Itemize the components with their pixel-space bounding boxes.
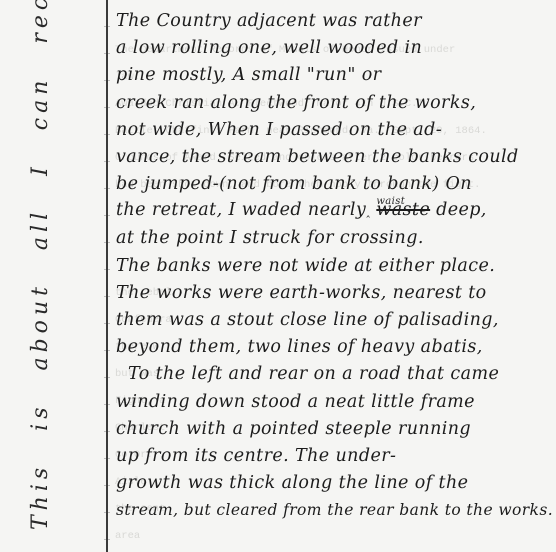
text-line: up from its centre. The under- <box>116 444 552 471</box>
manuscript-body: The Country adjacent was rather a low ro… <box>116 0 552 526</box>
text-line: The Country adjacent was rather <box>116 9 552 36</box>
line-text: creek ran along the front of the works, <box>116 90 476 117</box>
line-text-before: the retreat, I waded nearly <box>116 200 366 220</box>
text-line: beyond them, two lines of heavy abatis, <box>116 335 552 362</box>
text-line: The works were earth-works, nearest to <box>116 281 552 308</box>
line-text: stream, but cleared from the rear bank t… <box>116 497 553 524</box>
text-line: not wide, When I passed on the ad- <box>116 118 552 145</box>
line-text: church with a pointed steeple running <box>116 416 471 443</box>
text-line: be jumped-(not from bank to bank) On <box>116 172 552 199</box>
line-text: growth was thick along the line of the <box>116 470 468 497</box>
text-line-with-edit: the retreat, I waded nearly‸ waist waste… <box>116 199 552 226</box>
text-line: vance, the stream between the banks coul… <box>116 145 552 172</box>
text-line: creek ran along the front of the works, <box>116 91 552 118</box>
line-text: a low rolling one, well wooded in <box>116 35 422 62</box>
line-text: them was a stout close line of palisadin… <box>116 307 499 334</box>
inserted-word: waist <box>376 188 405 215</box>
line-text: the retreat, I waded nearly‸ waist waste… <box>116 197 487 225</box>
line-text: pine mostly, A small "run" or <box>116 62 381 89</box>
line-text-after: deep, <box>436 200 487 220</box>
manuscript-page: The Department Records of Medals of Hono… <box>0 0 556 552</box>
line-text: The banks were not wide at either place. <box>116 253 495 280</box>
text-line: at the point I struck for crossing. <box>116 227 552 254</box>
line-text: The Country adjacent was rather <box>116 8 422 35</box>
line-text: not wide, When I passed on the ad- <box>116 117 442 144</box>
text-line: a low rolling one, well wooded in <box>116 36 552 63</box>
line-text: winding down stood a neat little frame <box>116 389 475 416</box>
line-text: beyond them, two lines of heavy abatis, <box>116 334 483 361</box>
text-line: stream, but cleared from the rear bank t… <box>116 498 552 525</box>
line-text: vance, the stream between the banks coul… <box>116 144 519 171</box>
text-line: church with a pointed steeple running <box>116 417 552 444</box>
text-line: To the left and rear on a road that came <box>116 362 552 389</box>
text-line: winding down stood a neat little frame <box>116 390 552 417</box>
edit-word: waist waste <box>376 197 430 224</box>
line-text: at the point I struck for crossing. <box>116 225 424 252</box>
text-line: The banks were not wide at either place. <box>116 254 552 281</box>
line-text: The works were earth-works, nearest to <box>116 280 487 307</box>
margin-note: This is about all I can recall. <box>28 10 53 530</box>
line-text: be jumped-(not from bank to bank) On <box>116 171 472 198</box>
line-text: up from its centre. The under- <box>116 443 396 470</box>
insertion-caret-icon: ‸ <box>366 205 370 218</box>
margin-rule-line <box>106 0 108 552</box>
text-line: them was a stout close line of palisadin… <box>116 308 552 335</box>
line-text: To the left and rear on a road that came <box>128 361 499 388</box>
text-line: pine mostly, A small "run" or <box>116 63 552 90</box>
text-line: growth was thick along the line of the <box>116 471 552 498</box>
